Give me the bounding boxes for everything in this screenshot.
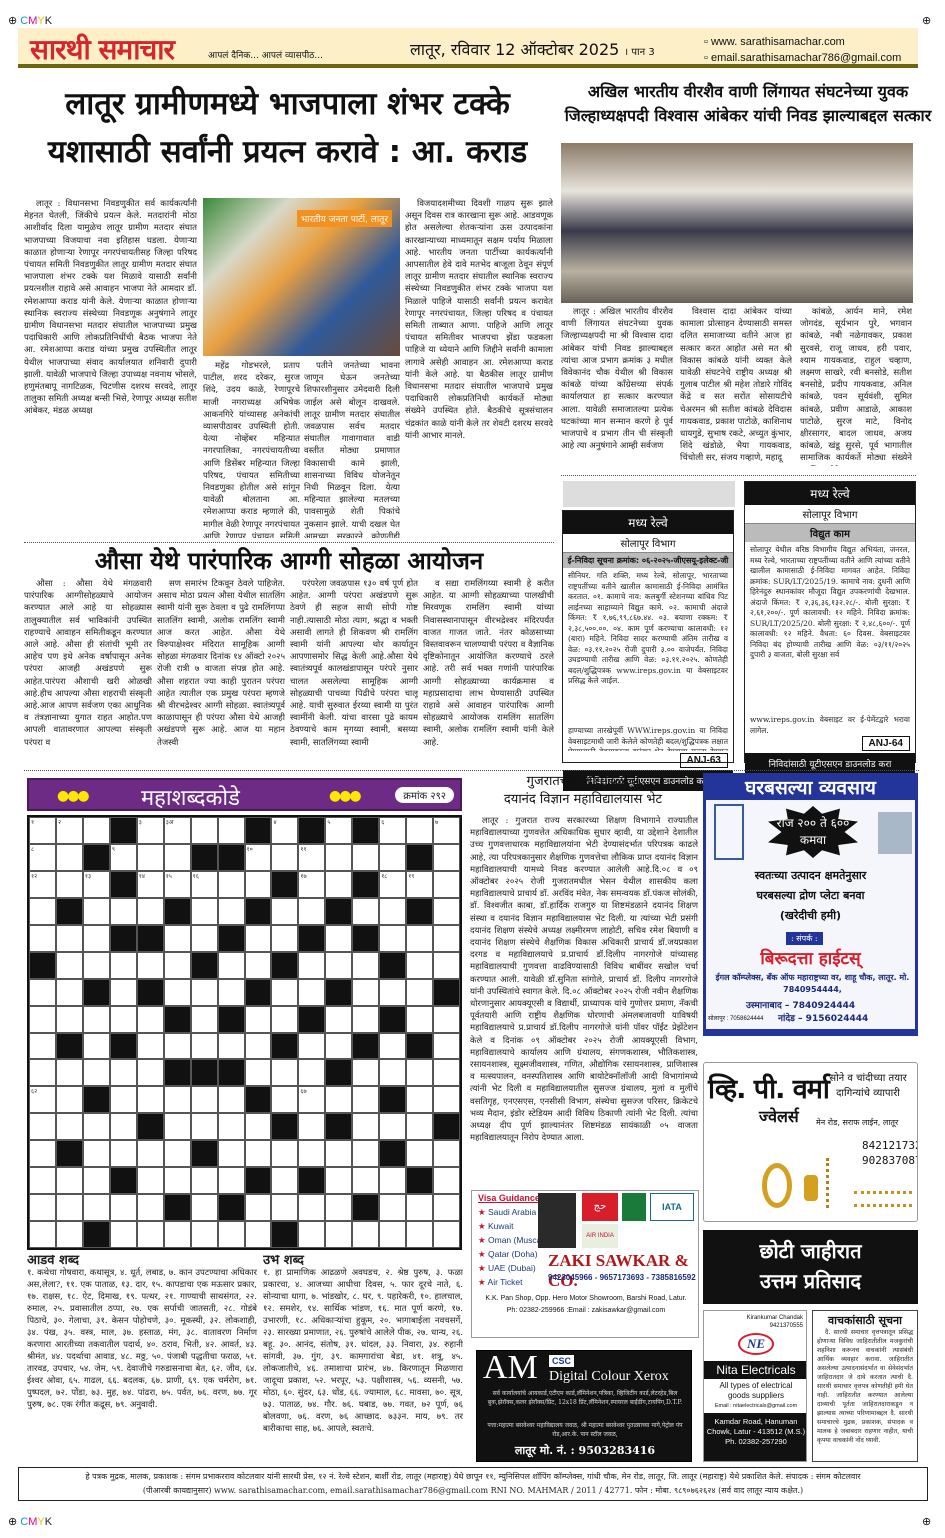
crossword-cell[interactable] [325, 1140, 352, 1167]
ausa-col-1: औसा : औसा येथे मंगळवारी पारंपारिक आग्गीस… [24, 578, 152, 766]
crossword-cell[interactable] [379, 979, 406, 1006]
crossword-cell[interactable] [245, 925, 272, 952]
crossword-cell[interactable] [56, 979, 83, 1006]
crossword-cell[interactable] [245, 1194, 272, 1221]
crossword-cell[interactable] [56, 1006, 83, 1033]
crossword-cell[interactable] [218, 1113, 245, 1140]
crossword-cell[interactable] [191, 1221, 218, 1248]
registration-mark-bottom: ⊕ CMYK [8, 1515, 52, 1528]
visa-country-item: ★ Saudi Arabia [478, 1205, 547, 1219]
date-line: लातूर, रविवार 12 ऑक्टोबर 2025 । पान 3 [410, 38, 655, 60]
website-link[interactable]: ▫ www. sarathisamachar.com [704, 34, 901, 50]
crossword-cell[interactable] [433, 1194, 460, 1221]
crossword-block [191, 844, 218, 871]
crossword-cell[interactable] [218, 1167, 245, 1194]
crossword-cell[interactable] [298, 898, 325, 925]
crossword-cell[interactable] [406, 817, 433, 844]
crossword-block [379, 1086, 406, 1113]
crossword-block [271, 1033, 298, 1060]
crossword-cell[interactable] [433, 898, 460, 925]
crossword-cell[interactable]: ९ [110, 844, 137, 871]
crossword-cell[interactable] [245, 1006, 272, 1033]
crossword-cell[interactable] [137, 1033, 164, 1060]
crossword-cell[interactable] [379, 1113, 406, 1140]
visa-country-list: ★ Saudi Arabia★ Kuwait★ Oman (Muscat)★ Q… [478, 1205, 547, 1289]
crossword-cell[interactable] [245, 1140, 272, 1167]
crossword-cell[interactable] [245, 871, 272, 898]
crossword-block [245, 817, 272, 844]
crossword-block [298, 817, 325, 844]
crossword-cell[interactable] [298, 979, 325, 1006]
crossword-cell[interactable]: १६ [191, 871, 218, 898]
crossword-block [245, 1086, 272, 1113]
crossword-cell[interactable]: ४ [271, 817, 298, 844]
crossword-block [433, 1113, 460, 1140]
crossword-block [110, 1167, 137, 1194]
crossword-cell[interactable] [379, 1059, 406, 1086]
crossword-cell[interactable] [164, 925, 191, 952]
crossword-cell[interactable] [218, 817, 245, 844]
crossword-cell[interactable] [379, 925, 406, 952]
right-story-col-1: लातूर : अखिल भारतीय वीरशैव वाणी लिंगायत … [561, 306, 673, 466]
ausa-headline: औसा येथे पारंपारिक आग्गी सोहळा आयोजन [24, 545, 554, 577]
crossword-block [218, 925, 245, 952]
crossword-cell[interactable] [110, 1086, 137, 1113]
crossword-cell[interactable] [325, 1221, 352, 1248]
mosque-icon [622, 1193, 646, 1221]
crossword-block [433, 979, 460, 1006]
crossword-cell[interactable]: १९ [406, 871, 433, 898]
crossword-block [271, 1113, 298, 1140]
lead-story-col-4: विजयादशमीच्या दिवशी गाळप सुरू झाले असून … [405, 198, 553, 538]
lead-headline: लातूर ग्रामीणमध्ये भाजपाला शंभर टक्के यश… [20, 80, 555, 176]
crossword-cell[interactable] [56, 871, 83, 898]
crossword-block [164, 1059, 191, 1086]
crossword-cell[interactable] [298, 1033, 325, 1060]
crossword-cell[interactable] [164, 1167, 191, 1194]
crossword-block [325, 1059, 352, 1086]
crosshair-icon: ⊕ [922, 1515, 931, 1528]
crossword-cell[interactable] [433, 1221, 460, 1248]
crossword-cell[interactable] [137, 1221, 164, 1248]
crossword-block [271, 952, 298, 979]
crossword-cell[interactable]: ७ [433, 817, 460, 844]
crossword-cell[interactable] [29, 979, 56, 1006]
ausa-col-4: व सद्या रामलिंगय्या स्वामी हे करीत आहेत.… [423, 578, 554, 766]
crossword-cell[interactable] [218, 1140, 245, 1167]
crossword-cell[interactable] [110, 952, 137, 979]
crossword-cell[interactable] [406, 979, 433, 1006]
crossword-cell[interactable] [29, 1140, 56, 1167]
crossword-cell[interactable] [406, 925, 433, 952]
crossword-cell[interactable] [56, 1221, 83, 1248]
crossword-cell[interactable] [137, 952, 164, 979]
crossword-cell[interactable] [29, 1113, 56, 1140]
crossword-cell[interactable] [56, 925, 83, 952]
crossword-cell[interactable] [164, 1086, 191, 1113]
crossword-cell[interactable] [352, 1221, 379, 1248]
crossword-cell[interactable]: १२ [29, 871, 56, 898]
crossword-block [406, 1167, 433, 1194]
crossword-cell[interactable] [29, 1033, 56, 1060]
photo-banner: भारतीय जनता पार्टी, लातूर [297, 210, 392, 227]
crossword-cell[interactable] [110, 1113, 137, 1140]
crossword-cell[interactable] [110, 1194, 137, 1221]
crossword-number: क्रमांक २९२ [395, 787, 454, 803]
crossword-cell[interactable] [29, 1167, 56, 1194]
crossword-cell[interactable] [191, 1194, 218, 1221]
tender-ad-1: मध्य रेल्वे सोलापूर विभाग ई-निविदा सूचना… [562, 510, 734, 763]
crossword-block [245, 1167, 272, 1194]
crossword-cell[interactable] [110, 1006, 137, 1033]
crossword-block [110, 817, 137, 844]
crossword-cell[interactable] [433, 871, 460, 898]
crossword-cell[interactable] [325, 844, 352, 871]
crossword-block [83, 979, 110, 1006]
crossword-block [218, 1194, 245, 1221]
crossword-cell[interactable] [325, 952, 352, 979]
crossword-cell[interactable]: ३अ [164, 817, 191, 844]
crossword-cell[interactable] [83, 1194, 110, 1221]
machine-icon [714, 804, 744, 860]
crossword-block [164, 898, 191, 925]
crossword-cell[interactable] [191, 1167, 218, 1194]
felicitation-photo [561, 143, 913, 303]
crossword-cell[interactable] [298, 1221, 325, 1248]
crossword-cell[interactable] [298, 1140, 325, 1167]
crossword-cell[interactable] [137, 1006, 164, 1033]
crossword-cell[interactable] [137, 1140, 164, 1167]
visa-country-item: ★ Air Ticket [478, 1275, 547, 1289]
crossword-cell[interactable] [191, 925, 218, 952]
crossword-cell[interactable] [137, 844, 164, 871]
earring-icon [804, 1175, 818, 1201]
crossword-cell[interactable] [379, 898, 406, 925]
classified-banner: छोटी जाहीरात उत्तम प्रतिसाद [703, 1230, 918, 1304]
crossword-cell[interactable] [218, 871, 245, 898]
crossword-cell[interactable] [56, 844, 83, 871]
crossword-cell[interactable] [83, 1059, 110, 1086]
crossword-cell[interactable] [298, 1059, 325, 1086]
crossword-cell[interactable] [352, 1140, 379, 1167]
crossword-cell[interactable] [352, 1167, 379, 1194]
passport-icon [538, 1193, 576, 1248]
visa-country-item: ★ Oman (Muscat) [478, 1233, 547, 1247]
crossword-cell[interactable] [406, 1006, 433, 1033]
crossword-cell[interactable]: ५ [325, 817, 352, 844]
crossword-cell[interactable]: १८ [379, 871, 406, 898]
crossword-cell[interactable] [325, 1033, 352, 1060]
crossword-cell[interactable] [271, 979, 298, 1006]
imprint-footer: हे पत्रक मुद्रक, मालक, प्रकाशक : संगम प्… [18, 1467, 928, 1501]
down-clues: उभे शब्द १. हा प्रामाणिक आढळणे अवघडच, २.… [263, 1255, 463, 1465]
crossword-block [110, 1033, 137, 1060]
crossword-cell[interactable] [433, 1086, 460, 1113]
crossword-cell[interactable] [110, 1221, 137, 1248]
crossword-grid[interactable]: १२३३अ४५६७८९१०१११२१३१४१५१६१७१८१९६२६७ [27, 815, 462, 1250]
crossword-cell[interactable] [191, 1006, 218, 1033]
crossword-block [352, 871, 379, 898]
crossword-block [298, 925, 325, 952]
crossword-block [56, 1033, 83, 1060]
crossword-cell[interactable] [433, 952, 460, 979]
lead-story-col-1: लातूर : विधानसभा निवडणुकीत सर्व कार्यकर्… [24, 198, 197, 538]
crossword-cell[interactable] [352, 1059, 379, 1086]
crossword-cell[interactable] [83, 817, 110, 844]
crossword-cell[interactable] [379, 1167, 406, 1194]
crossword-cell[interactable] [352, 1086, 379, 1113]
crossword-block [164, 1006, 191, 1033]
crossword-cell[interactable] [352, 844, 379, 871]
crossword-block [352, 817, 379, 844]
crossword-block [325, 1113, 352, 1140]
crossword-block [325, 979, 352, 1006]
crossword-cell[interactable] [83, 1113, 110, 1140]
crossword-cell[interactable] [218, 952, 245, 979]
lead-story-photo: भारतीय जनता पार्टी, लातूर [203, 198, 400, 356]
lead-story-col-2: महेंद्र गोडभरले, प्रताप पाटील, शरद दरेकर… [203, 360, 300, 538]
crossword-cell[interactable] [191, 898, 218, 925]
crossword-cell[interactable] [325, 1194, 352, 1221]
crossword-cell[interactable]: १५ [164, 871, 191, 898]
visa-country-item: ★ Qatar (Doha) [478, 1247, 547, 1261]
crossword-cell[interactable] [56, 1167, 83, 1194]
crossword-block [218, 844, 245, 871]
crossword-cell[interactable] [110, 898, 137, 925]
crossword-cell[interactable] [433, 925, 460, 952]
crossword-cell[interactable]: ६२ [29, 1086, 56, 1113]
crossword-cell[interactable] [218, 979, 245, 1006]
crossword-cell[interactable] [29, 1221, 56, 1248]
crossword-cell[interactable] [271, 1059, 298, 1086]
crossword-cell[interactable] [110, 1059, 137, 1086]
crossword-cell[interactable] [433, 1006, 460, 1033]
crossword-cell[interactable] [164, 1033, 191, 1060]
crossword-cell[interactable] [83, 1033, 110, 1060]
crossword-cell[interactable] [164, 1140, 191, 1167]
crossword-cell[interactable] [271, 898, 298, 925]
crossword-cell[interactable]: ६७ [298, 1086, 325, 1113]
crossword-cell[interactable] [164, 979, 191, 1006]
crossword-cell[interactable] [271, 1167, 298, 1194]
bangle-icon [762, 1163, 792, 1208]
crossword-cell[interactable] [325, 871, 352, 898]
crossword-block [298, 1006, 325, 1033]
crossword-cell[interactable] [379, 1033, 406, 1060]
crossword-cell[interactable] [164, 1221, 191, 1248]
crossword-cell[interactable] [433, 1059, 460, 1086]
crossword-cell[interactable] [83, 1006, 110, 1033]
crossword-cell[interactable] [271, 1194, 298, 1221]
crossword-cell[interactable] [298, 1113, 325, 1140]
crossword-cell[interactable]: ३ [137, 817, 164, 844]
crossword-block [352, 925, 379, 952]
crossword-cell[interactable] [110, 1140, 137, 1167]
crossword-block [191, 952, 218, 979]
crossword-block [29, 952, 56, 979]
crossword-block [218, 1059, 245, 1086]
chain-icon [854, 1191, 912, 1207]
crossword-cell[interactable] [325, 1086, 352, 1113]
crossword-cell[interactable] [29, 898, 56, 925]
crossword-block [56, 1140, 83, 1167]
crossword-cell[interactable] [56, 952, 83, 979]
crossword-cell[interactable] [56, 1194, 83, 1221]
crossword-cell[interactable] [56, 1086, 83, 1113]
crossword-cell[interactable] [83, 1167, 110, 1194]
crossword-cell[interactable] [406, 1113, 433, 1140]
crossword-cell[interactable] [29, 1194, 56, 1221]
crossword-cell[interactable] [271, 1006, 298, 1033]
necklace-icon [826, 1158, 840, 1208]
visa-country-item: ★ Kuwait [478, 1219, 547, 1233]
crossword-cell[interactable]: २ [56, 817, 83, 844]
crossword-cell[interactable] [83, 925, 110, 952]
crossword-block [110, 925, 137, 952]
crossword-cell[interactable] [352, 979, 379, 1006]
crossword-cell[interactable] [433, 844, 460, 871]
crossword-cell[interactable] [218, 1221, 245, 1248]
crossword-cell[interactable] [56, 1113, 83, 1140]
crossword-cell[interactable]: १७ [298, 871, 325, 898]
crossword-cell[interactable] [352, 1113, 379, 1140]
crossword-cell[interactable] [352, 952, 379, 979]
crossword-block [245, 979, 272, 1006]
crossword-block [352, 1033, 379, 1060]
crossword-cell[interactable] [325, 925, 352, 952]
nita-logo: NE [738, 1333, 774, 1355]
crossword-title: महाशब्दकोडे [141, 782, 240, 812]
crossword-cell[interactable] [245, 1059, 272, 1086]
crossword-cell[interactable] [352, 1006, 379, 1033]
tender-ad-2: मध्य रेल्वे सोलापूर विभाग विद्युत काम सो… [744, 481, 916, 763]
crossword-block [379, 952, 406, 979]
crossword-cell[interactable] [406, 1086, 433, 1113]
crossword-cell[interactable] [298, 952, 325, 979]
contact-links: ▫ www. sarathisamachar.com ▫ email.sarat… [704, 34, 901, 66]
crossword-cell[interactable] [137, 898, 164, 925]
crossword-cell[interactable] [271, 1086, 298, 1113]
crossword-cell[interactable] [245, 1033, 272, 1060]
crossword-cell[interactable] [298, 1194, 325, 1221]
crossword-block [352, 1194, 379, 1221]
crossword-block [218, 1006, 245, 1033]
crossword-cell[interactable] [83, 898, 110, 925]
vp-verma-jewellers-ad: व्हि. पी. वर्मा ज्वेलर्स सोने व चांदीच्य… [703, 1062, 918, 1222]
crossword-cell[interactable] [29, 925, 56, 952]
crossword-cell[interactable] [137, 1059, 164, 1086]
crossword-block [271, 1221, 298, 1248]
crossword-cell[interactable] [406, 1140, 433, 1167]
crossword-cell[interactable] [325, 1167, 352, 1194]
crosshair-icon: ⊕ [922, 14, 931, 27]
crossword-cell[interactable] [164, 844, 191, 871]
crossword-cell[interactable] [406, 1194, 433, 1221]
crossword-cell[interactable] [379, 1221, 406, 1248]
crossword-block [137, 979, 164, 1006]
lead-story-col-3: पतीने जनतेच्या भावना जाणून घेऊन जनतेच्या… [304, 360, 400, 538]
ausa-col-3: परंपरेला जवळपास १३० वर्ष पूर्ण होत आहेत.… [290, 578, 418, 766]
crossword-cell[interactable] [29, 1059, 56, 1086]
crossword-cell[interactable] [352, 898, 379, 925]
crossword-cell[interactable] [29, 1006, 56, 1033]
crossword-cell[interactable] [379, 844, 406, 871]
price-burst: रोज २०० ते ६०० कमवा [768, 806, 858, 858]
crossword-block [379, 1140, 406, 1167]
crossword-cell[interactable] [191, 1113, 218, 1140]
crossword-cell[interactable] [433, 1140, 460, 1167]
crossword-cell[interactable]: १ [29, 817, 56, 844]
crossword-block [379, 1006, 406, 1033]
nita-electricals-ad: Kirankumar Chandak 9421370555 NE Nita El… [703, 1310, 807, 1462]
crossword-cell[interactable] [191, 817, 218, 844]
crossword-cell[interactable] [164, 1113, 191, 1140]
crossword-header: ●●● महाशब्दकोडे ●●● क्रमांक २९२ [27, 778, 462, 811]
right-story-col-3: कांबळे, आर्यन माने, रमेश जोगदंड, सूर्यभा… [800, 306, 912, 466]
tagline: आपलं दैनिक... आपलं व्यासपीठ... [208, 48, 323, 61]
crossword-cell[interactable] [433, 1033, 460, 1060]
crossword-cell[interactable] [191, 1086, 218, 1113]
crossword-cell[interactable] [191, 1033, 218, 1060]
crossword-cell[interactable] [218, 898, 245, 925]
crossword-cell[interactable]: ६ [379, 817, 406, 844]
crossword-cell[interactable]: ११ [298, 844, 325, 871]
crossword-cell[interactable] [245, 1113, 272, 1140]
crossword-cell[interactable] [137, 1086, 164, 1113]
machine-photo [878, 812, 912, 854]
crossword-cell[interactable] [325, 1006, 352, 1033]
crossword-cell[interactable] [164, 952, 191, 979]
crossword-block [83, 1221, 110, 1248]
crossword-cell[interactable] [83, 952, 110, 979]
crossword-cell[interactable] [83, 1140, 110, 1167]
dots-icon: ●●● [57, 788, 88, 804]
crossword-block [325, 898, 352, 925]
right-headline: अखिल भारतीय वीरशैव वाणी लिंगायत संघटनेच्… [558, 80, 938, 128]
crossword-cell[interactable]: ८ [29, 844, 56, 871]
tender-code: ANJ-64 [862, 736, 910, 751]
reader-notice: वाचकांसाठी सूचना दै. सारथी समाचार वृत्तप… [812, 1310, 918, 1462]
crossword-cell[interactable] [245, 1221, 272, 1248]
crossword-cell[interactable] [218, 1033, 245, 1060]
page-number: । पान 3 [624, 47, 654, 58]
email-link[interactable]: ▫ email.sarathisamachar786@gmail.com [704, 50, 901, 66]
crossword-cell[interactable]: १४ [137, 871, 164, 898]
crossword-cell[interactable] [56, 1059, 83, 1086]
crossword-cell[interactable] [218, 1086, 245, 1113]
divider [561, 475, 916, 476]
crossword-block [406, 1033, 433, 1060]
crossword-cell[interactable] [406, 1059, 433, 1086]
crossword-cell[interactable] [271, 1140, 298, 1167]
crossword-cell[interactable]: १३ [83, 871, 110, 898]
gujarat-story-body: लातूर : गुजरात राज्य सरकारच्या शिक्षण वि… [470, 815, 698, 1185]
crossword-cell[interactable] [271, 925, 298, 952]
crossword-cell[interactable] [110, 979, 137, 1006]
crossword-cell[interactable]: १० [245, 844, 272, 871]
crossword-block [164, 1194, 191, 1221]
crossword-cell[interactable] [406, 1221, 433, 1248]
crossword-cell[interactable] [137, 1167, 164, 1194]
crossword-cell[interactable] [191, 979, 218, 1006]
crossword-cell[interactable] [137, 1194, 164, 1221]
masthead: सारथी समाचार आपलं दैनिक... आपलं व्यासपीठ… [18, 28, 918, 68]
crossword-cell[interactable] [379, 1194, 406, 1221]
crossword-cell[interactable] [406, 952, 433, 979]
crossword-cell[interactable] [433, 1167, 460, 1194]
crossword-cell[interactable] [271, 844, 298, 871]
crossword-cell[interactable] [245, 952, 272, 979]
